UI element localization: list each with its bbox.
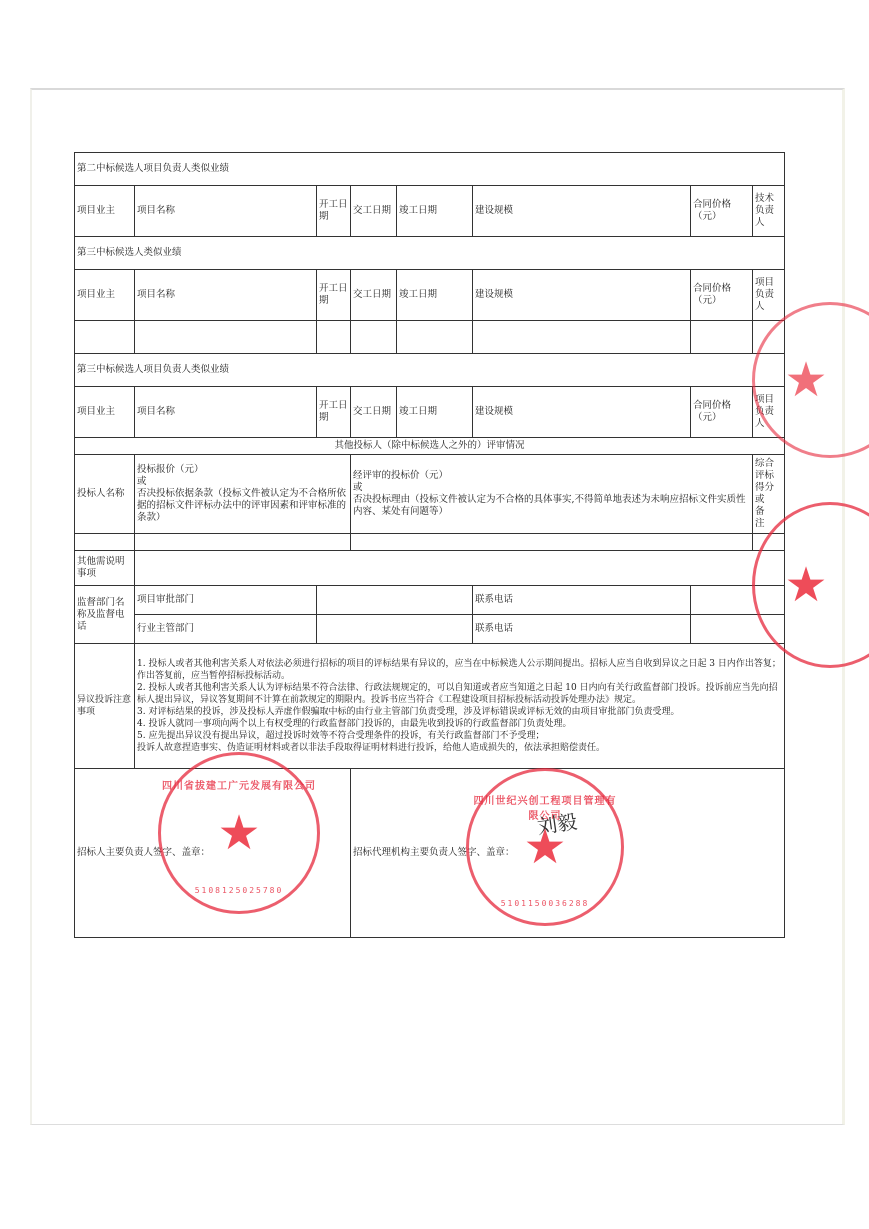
col-completion-date: 竣工日期 (397, 270, 473, 321)
cell (75, 534, 135, 551)
table-header-row: 项目业主 项目名称 开工日期 交工日期 竣工日期 建设规模 合同价格（元） 项目… (75, 387, 785, 438)
col-start-date: 开工日期 (317, 186, 351, 237)
line: 投标报价（元） (137, 464, 348, 476)
line: 或 (353, 482, 750, 494)
cell (317, 321, 351, 354)
cell (75, 321, 135, 354)
col-handover-date: 交工日期 (351, 270, 397, 321)
col-project-name: 项目名称 (135, 270, 317, 321)
col-project-name: 项目名称 (135, 186, 317, 237)
line: 否决投标理由（投标文件被认定为不合格的具体事实,不得简单地表述为未响应招标文件实… (353, 494, 750, 518)
industry-phone-label: 联系电话 (473, 615, 691, 644)
section-title-other-bidders: 其他投标人（除中标候选人之外的）评审情况 (75, 438, 785, 455)
tenderer-signature-cell: 招标人主要负责人签字、盖章： (75, 769, 351, 938)
objection-item: 投诉人故意捏造事实、伪造证明材料或者以非法手段取得证明材料进行投诉，给他人造成损… (137, 742, 782, 754)
objection-item: 1. 投标人或者其他利害关系人对依法必须进行招标的项目的评标结果有异议的，应当在… (137, 658, 782, 682)
line: 备 注 (755, 506, 782, 530)
cell (753, 321, 785, 354)
line: 否决投标依据条款（投标文件被认定为不合格所依据的招标文件评标办法中的评审因素和评… (137, 488, 348, 524)
supervision-label: 监督部门名称及监督电话 (75, 586, 135, 644)
cell (753, 534, 785, 551)
col-owner: 项目业主 (75, 186, 135, 237)
col-handover-date: 交工日期 (351, 186, 397, 237)
cell (473, 321, 691, 354)
line: 或 (137, 476, 348, 488)
other-bidders-header: 投标人名称 投标报价（元） 或 否决投标依据条款（投标文件被认定为不合格所依据的… (75, 455, 785, 534)
col-pm: 项目负责人 (753, 270, 785, 321)
table-header-row: 项目业主 项目名称 开工日期 交工日期 竣工日期 建设规模 合同价格（元） 技术… (75, 186, 785, 237)
cell (691, 321, 753, 354)
col-scale: 建设规模 (473, 387, 691, 438)
approval-dept-value (317, 586, 473, 615)
cell (351, 534, 753, 551)
objection-notes: 1. 投标人或者其他利害关系人对依法必须进行招标的项目的评标结果有异议的，应当在… (135, 644, 785, 769)
objection-item: 2. 投标人或者其他利害关系人认为评标结果不符合法律、行政法规规定的，可以自知道… (137, 682, 782, 706)
col-start-date: 开工日期 (317, 270, 351, 321)
cell (135, 321, 317, 354)
section-title-second-pm: 第二中标候选人项目负责人类似业绩 (75, 153, 785, 186)
industry-dept-value (317, 615, 473, 644)
col-contract-price: 合同价格（元） (691, 186, 753, 237)
approval-phone-value (691, 586, 785, 615)
table-header-row: 项目业主 项目名称 开工日期 交工日期 竣工日期 建设规模 合同价格（元） 项目… (75, 270, 785, 321)
section-title-third: 第三中标候选人类似业绩 (75, 237, 785, 270)
col-scale: 建设规模 (473, 270, 691, 321)
other-notes-value (135, 551, 785, 586)
col-pm: 项目负责人 (753, 387, 785, 438)
line: 综合评标得分 (755, 458, 782, 494)
cell (135, 534, 351, 551)
col-contract-price: 合同价格（元） (691, 387, 753, 438)
objection-item: 4. 投诉人就同一事项向两个以上有权受理的行政监督部门投诉的，由最先收到投诉的行… (137, 718, 782, 730)
tenderer-signature-label: 招标人主要负责人签字、盖章： (77, 847, 210, 858)
col-contract-price: 合同价格（元） (691, 270, 753, 321)
col-evaluated-price: 经评审的投标价（元） 或 否决投标理由（投标文件被认定为不合格的具体事实,不得简… (351, 455, 753, 534)
section-title-third-pm: 第三中标候选人项目负责人类似业绩 (75, 354, 785, 387)
col-completion-date: 竣工日期 (397, 186, 473, 237)
handwritten-signature: 刘毅 (535, 805, 579, 839)
col-project-name: 项目名称 (135, 387, 317, 438)
table-row (75, 321, 785, 354)
line: 经评审的投标价（元） (353, 470, 750, 482)
industry-phone-value (691, 615, 785, 644)
objection-item: 3. 对评标结果的投诉，涉及投标人弄虚作假骗取中标的由行业主管部门负责受理，涉及… (137, 706, 782, 718)
objection-label: 异议投诉注意事项 (75, 644, 135, 769)
col-scale: 建设规模 (473, 186, 691, 237)
col-handover-date: 交工日期 (351, 387, 397, 438)
approval-dept-label: 项目审批部门 (135, 586, 317, 615)
cell (351, 321, 397, 354)
table-row (75, 534, 785, 551)
industry-dept-label: 行业主管部门 (135, 615, 317, 644)
agency-signature-cell: 招标代理机构主要负责人签字、盖章： (351, 769, 785, 938)
col-tech-lead: 技术负责人 (753, 186, 785, 237)
col-bidder-name: 投标人名称 (75, 455, 135, 534)
approval-phone-label: 联系电话 (473, 586, 691, 615)
agency-signature-label: 招标代理机构主要负责人签字、盖章： (353, 847, 515, 858)
cell (397, 321, 473, 354)
bid-evaluation-form: 第二中标候选人项目负责人类似业绩 项目业主 项目名称 开工日期 交工日期 竣工日… (74, 152, 785, 938)
col-bid-price: 投标报价（元） 或 否决投标依据条款（投标文件被认定为不合格所依据的招标文件评标… (135, 455, 351, 534)
col-completion-date: 竣工日期 (397, 387, 473, 438)
col-owner: 项目业主 (75, 387, 135, 438)
objection-item: 5. 应先提出异议没有提出异议，超过投诉时效等不符合受理条件的投诉，有关行政监督… (137, 730, 782, 742)
line: 或 (755, 494, 782, 506)
col-start-date: 开工日期 (317, 387, 351, 438)
col-owner: 项目业主 (75, 270, 135, 321)
other-notes-label: 其他需说明事项 (75, 551, 135, 586)
col-score: 综合评标得分 或 备 注 (753, 455, 785, 534)
